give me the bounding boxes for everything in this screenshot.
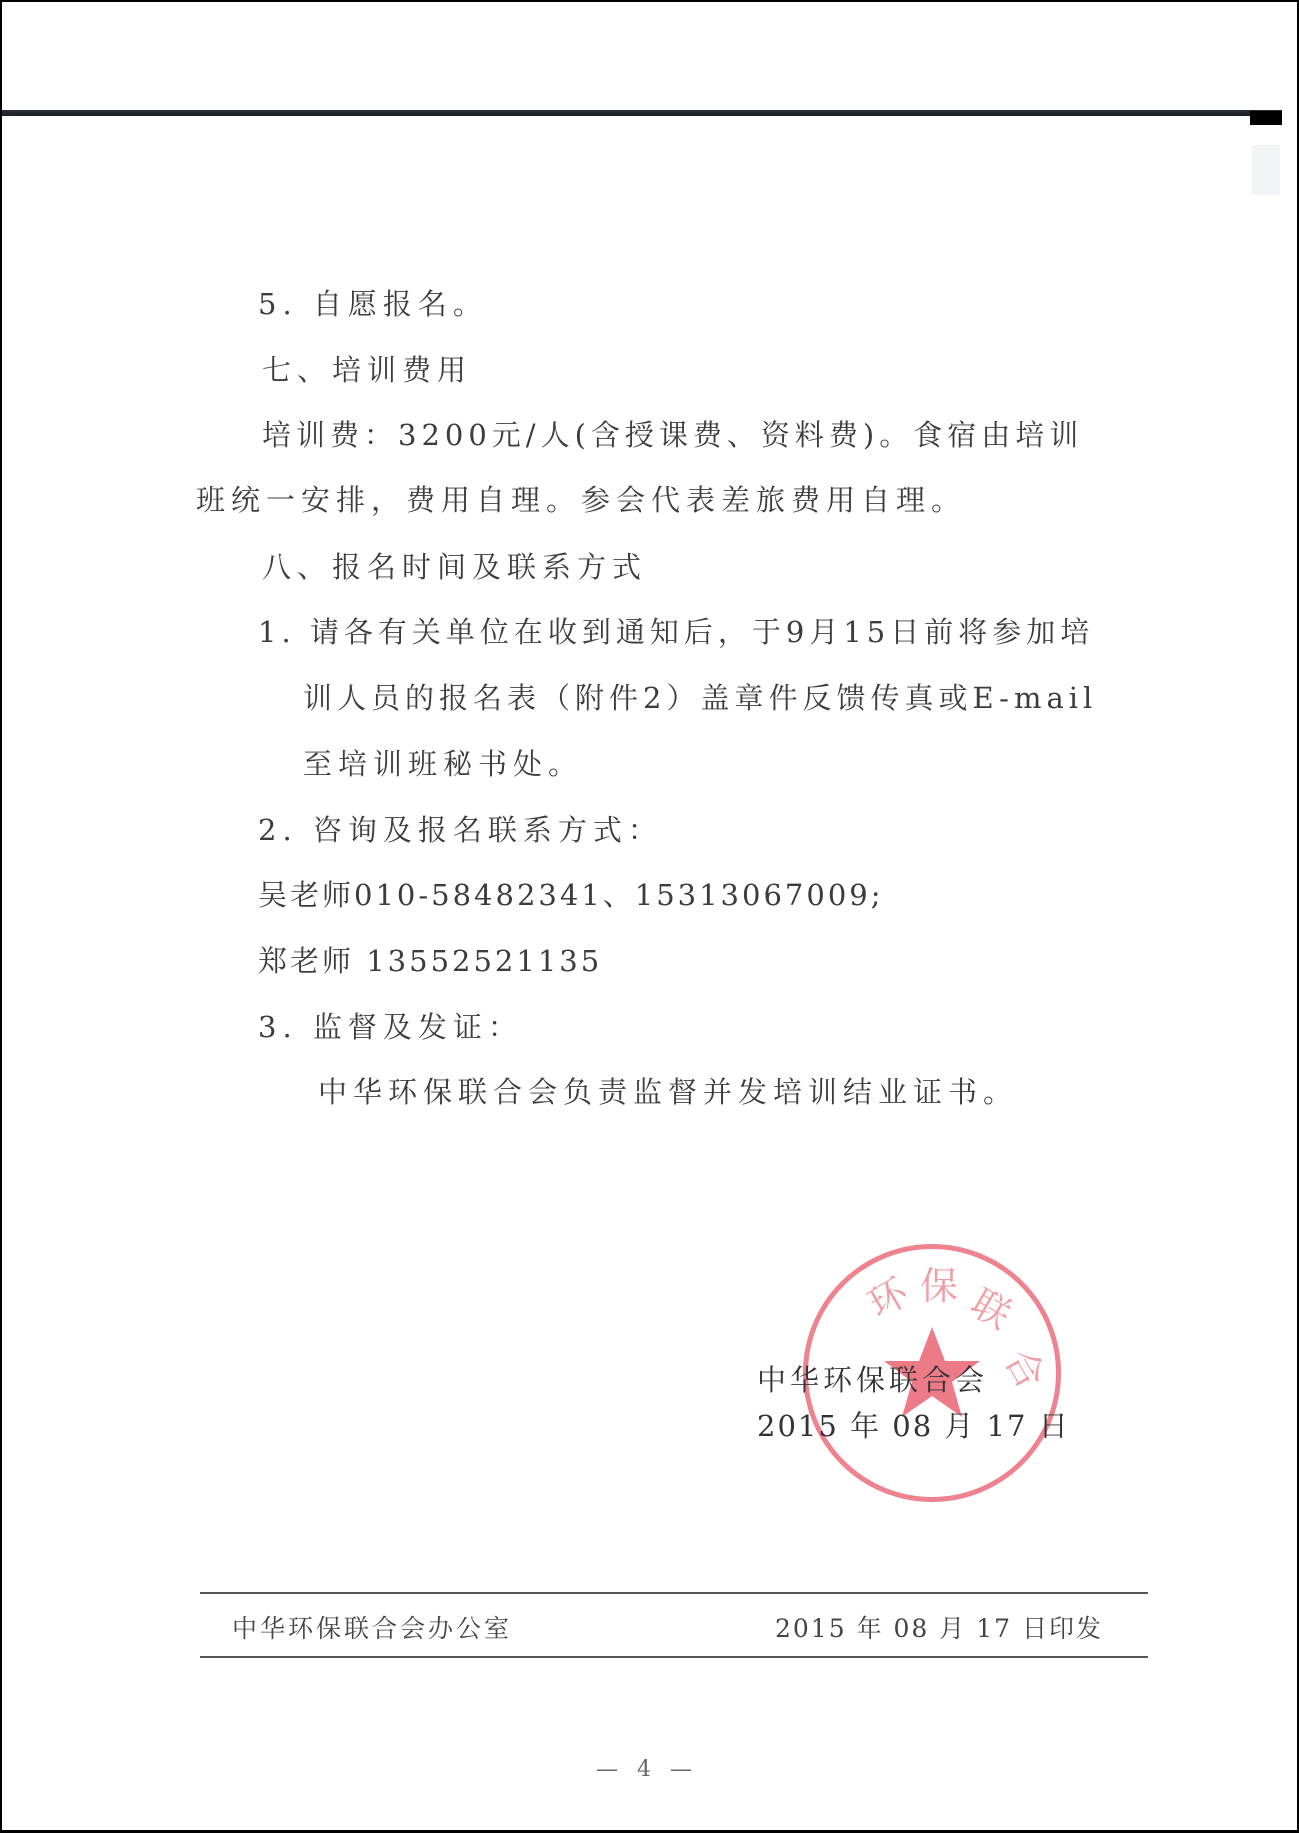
page-number: — 4 — — [596, 1757, 698, 1782]
footer-rule-top — [200, 1592, 1148, 1594]
section-8-heading: 八、报名时间及联系方式 — [262, 545, 647, 586]
supervision-text: 中华环保联合会负责监督并发培训结业证书。 — [318, 1070, 1018, 1111]
registration-item-1-line-3: 至培训班秘书处。 — [303, 742, 583, 783]
header-rule — [2, 110, 1282, 116]
training-fee-line-1: 培训费：3200元/人(含授课费、资料费)。食宿由培训 — [262, 413, 1083, 454]
registration-item-1-line-1: 1. 请各有关单位在收到通知后，于9月15日前将参加培 — [258, 610, 1094, 651]
contact-wu: 吴老师010-58482341、15313067009; — [258, 873, 884, 914]
item-5-voluntary: 5. 自愿报名。 — [258, 282, 488, 323]
svg-text:合: 合 — [996, 1342, 1053, 1397]
page-frame — [0, 0, 1299, 1833]
contact-item-2-heading: 2. 咨询及报名联系方式： — [258, 808, 663, 849]
section-7-heading: 七、培训费用 — [262, 348, 472, 389]
signature-organization: 中华环保联合会 — [757, 1358, 988, 1399]
contact-zheng: 郑老师 13552521135 — [258, 939, 602, 980]
scan-corner-mark — [1250, 111, 1282, 125]
footer-issue-date: 2015 年 08 月 17 日印发 — [775, 1609, 1103, 1645]
footer-rule-bottom — [200, 1656, 1148, 1658]
svg-text:联: 联 — [964, 1281, 1019, 1338]
footer-issuer: 中华环保联合会办公室 — [232, 1609, 512, 1645]
svg-text:环: 环 — [861, 1269, 917, 1327]
training-fee-line-2: 班统一安排，费用自理。参会代表差旅费用自理。 — [196, 478, 966, 519]
supervision-item-3-heading: 3. 监督及发证： — [258, 1005, 523, 1046]
scan-artifact — [1252, 145, 1280, 195]
signature-date: 2015 年 08 月 17 日 — [757, 1404, 1070, 1445]
registration-item-1-line-2: 训人员的报名表（附件2）盖章件反馈传真或E-mail — [303, 676, 1097, 717]
svg-text:保: 保 — [920, 1264, 958, 1308]
